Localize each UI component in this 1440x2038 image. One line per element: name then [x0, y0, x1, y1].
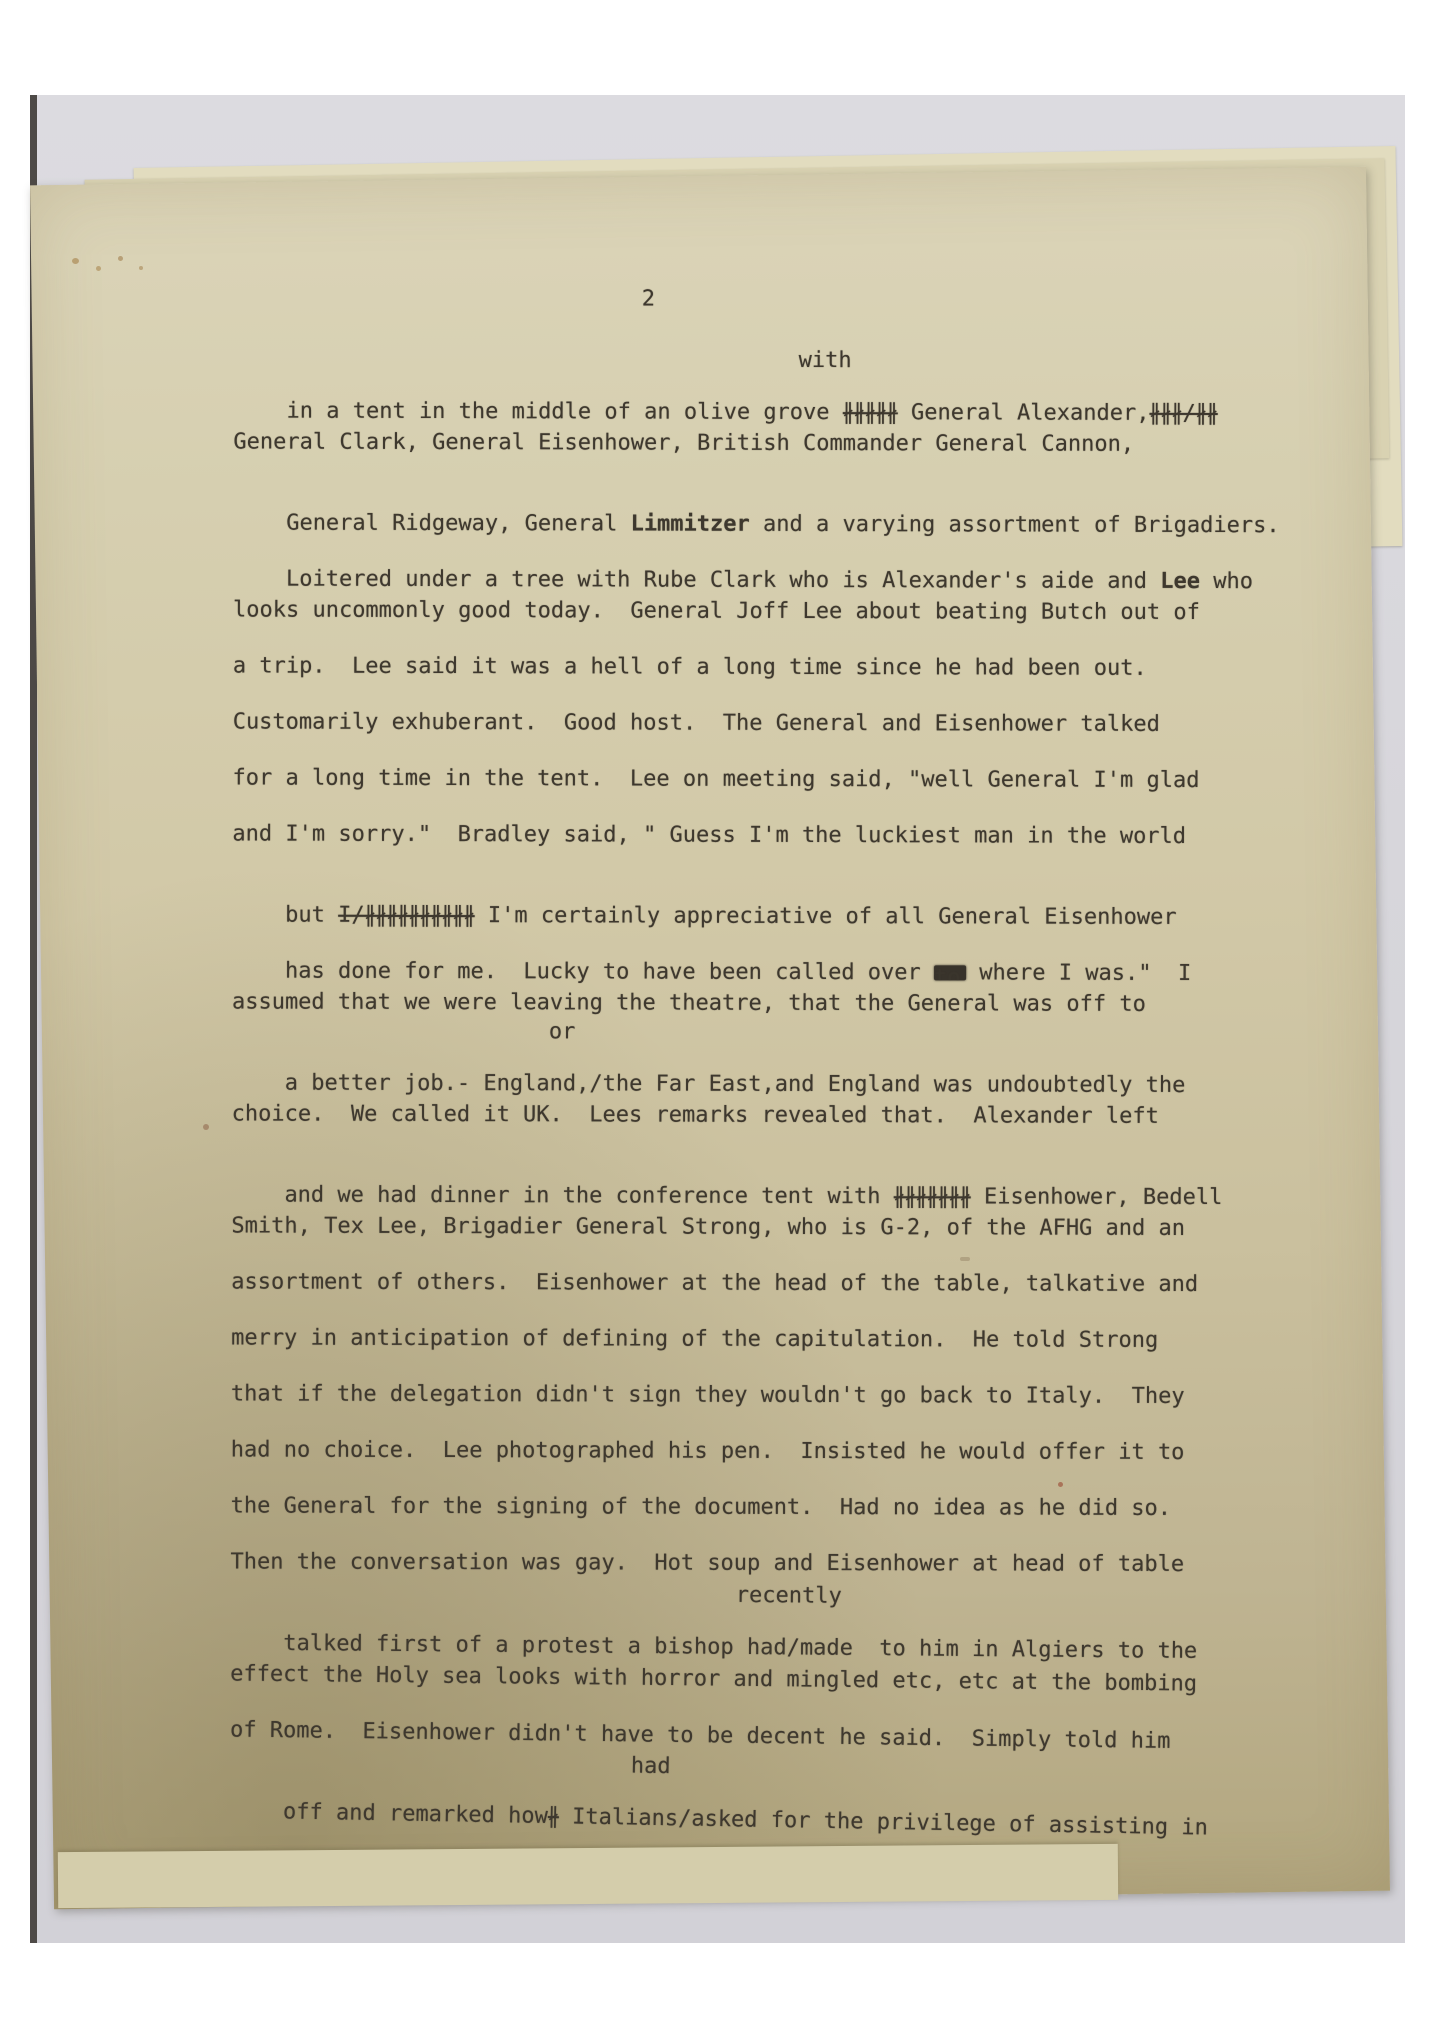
typed-line: a trip. Lee said it was a hell of a long… — [233, 653, 1147, 680]
typed-text: that if the delegation didn't sign they … — [231, 1381, 1185, 1408]
typed-line: off and remarked how∦ Italians/asked for… — [229, 1773, 1209, 1890]
typed-text: of Rome. Eisenhower didn't have to be de… — [230, 1717, 1171, 1753]
inserted-word: had — [631, 1753, 671, 1779]
overtyped-text: Lee — [1160, 569, 1200, 594]
typed-text: for a long time in the tent. Lee on meet… — [233, 765, 1200, 793]
typed-text: assumed that we were leaving the theatre… — [232, 989, 1146, 1016]
typed-text: talked first of a protest a bishop had/m… — [283, 1631, 1197, 1664]
typed-text: Then the conversation was gay. Hot soup … — [230, 1549, 1184, 1576]
typed-text: where I was." I — [966, 960, 1191, 986]
typed-line: that if the delegation didn't sign they … — [231, 1381, 1185, 1408]
typed-text: merry in anticipation of defining of the… — [231, 1325, 1158, 1352]
typed-line: looks uncommonly good today. General Jof… — [233, 597, 1200, 625]
typed-text: and a varying assortment of Brigadiers. — [750, 512, 1280, 538]
typed-line: a better job.- England,/the Far East,and… — [232, 1045, 1186, 1147]
typed-text: General Alexander, — [898, 400, 1150, 426]
typed-text: Smith, Tex Lee, Brigadier General Strong… — [231, 1213, 1185, 1240]
typed-line: assortment of others. Eisenhower at the … — [231, 1269, 1198, 1297]
typed-text: in a tent in the middle of an olive grov… — [286, 399, 842, 425]
typed-line: in a tent in the middle of an olive grov… — [233, 373, 1217, 476]
typed-text: off and remarked how — [283, 1799, 548, 1829]
typed-text: a better job.- England,/the Far East,and… — [285, 1071, 1186, 1098]
struck-out-text: ∦∦∦/∦∦ — [1149, 401, 1217, 426]
typed-line: merry in anticipation of defining of the… — [231, 1325, 1158, 1352]
struck-out-text: ∦ — [548, 1804, 559, 1829]
typed-text: Eisenhower, Bedell — [971, 1184, 1223, 1210]
inserted-word: with — [799, 348, 852, 373]
typed-text: but — [285, 903, 338, 928]
inserted-word: recently — [736, 1583, 842, 1609]
typed-text: assortment of others. Eisenhower at the … — [231, 1269, 1198, 1297]
typed-text: General Ridgeway, General — [286, 511, 630, 537]
typed-text: looks uncommonly good today. General Jof… — [233, 597, 1200, 625]
typed-text: choice. We called it UK. Lees remarks re… — [232, 1101, 1159, 1128]
page-number: 2 — [642, 287, 655, 312]
struck-out-text: ∦∦∦∦∦∦∦ — [894, 1184, 971, 1209]
typed-line: had no choice. Lee photographed his pen.… — [231, 1437, 1185, 1464]
typed-line: for a long time in the tent. Lee on meet… — [233, 765, 1200, 793]
typed-line: Then the conversation was gay. Hot soup … — [230, 1549, 1184, 1576]
typed-text: who — [1200, 569, 1253, 594]
typed-text: and we had dinner in the conference tent… — [284, 1183, 893, 1210]
typed-text: had no choice. Lee photographed his pen.… — [231, 1437, 1185, 1464]
ink-blot: to — [934, 965, 966, 980]
typed-text: General Clark, General Eisenhower, Briti… — [233, 429, 1134, 456]
typed-line: Smith, Tex Lee, Brigadier General Strong… — [231, 1213, 1185, 1240]
struck-out-text: ∦∦∦∦∦ — [843, 400, 898, 425]
inserted-word: or — [549, 1019, 576, 1044]
struck-out-text: I/∦∦∦∦∦∦∦∦∦∦ — [338, 903, 475, 928]
typed-text: Customarily exhuberant. Good host. The G… — [233, 709, 1160, 736]
typed-text: I'm certainly appreciative of all Genera… — [475, 903, 1177, 930]
typed-text: and I'm sorry." Bradley said, " Guess I'… — [232, 821, 1186, 848]
typed-line: Customarily exhuberant. Good host. The G… — [233, 709, 1160, 736]
typed-text: has done for me. Lucky to have been call… — [285, 959, 934, 986]
typed-line: talked first of a protest a bishop had/m… — [230, 1605, 1198, 1713]
typed-line: the General for the signing of the docum… — [231, 1493, 1171, 1520]
typed-line: assumed that we were leaving the theatre… — [232, 989, 1146, 1016]
typed-text: a trip. Lee said it was a hell of a long… — [233, 653, 1147, 680]
overtyped-text: Limmitzer — [631, 512, 750, 537]
typed-line: General Clark, General Eisenhower, Briti… — [233, 429, 1134, 456]
typed-text: Loitered under a tree with Rube Clark wh… — [286, 567, 1160, 594]
typed-text: the General for the signing of the docum… — [231, 1493, 1171, 1520]
typed-line: choice. We called it UK. Lees remarks re… — [232, 1101, 1159, 1128]
typed-line: and I'm sorry." Bradley said, " Guess I'… — [232, 821, 1186, 848]
typed-text-layer: 2 in a tent in the middle of an olive gr… — [0, 0, 1440, 2038]
typed-text: Italians/asked for the privilege of assi… — [559, 1804, 1208, 1840]
typed-line: of Rome. Eisenhower didn't have to be de… — [230, 1717, 1171, 1753]
